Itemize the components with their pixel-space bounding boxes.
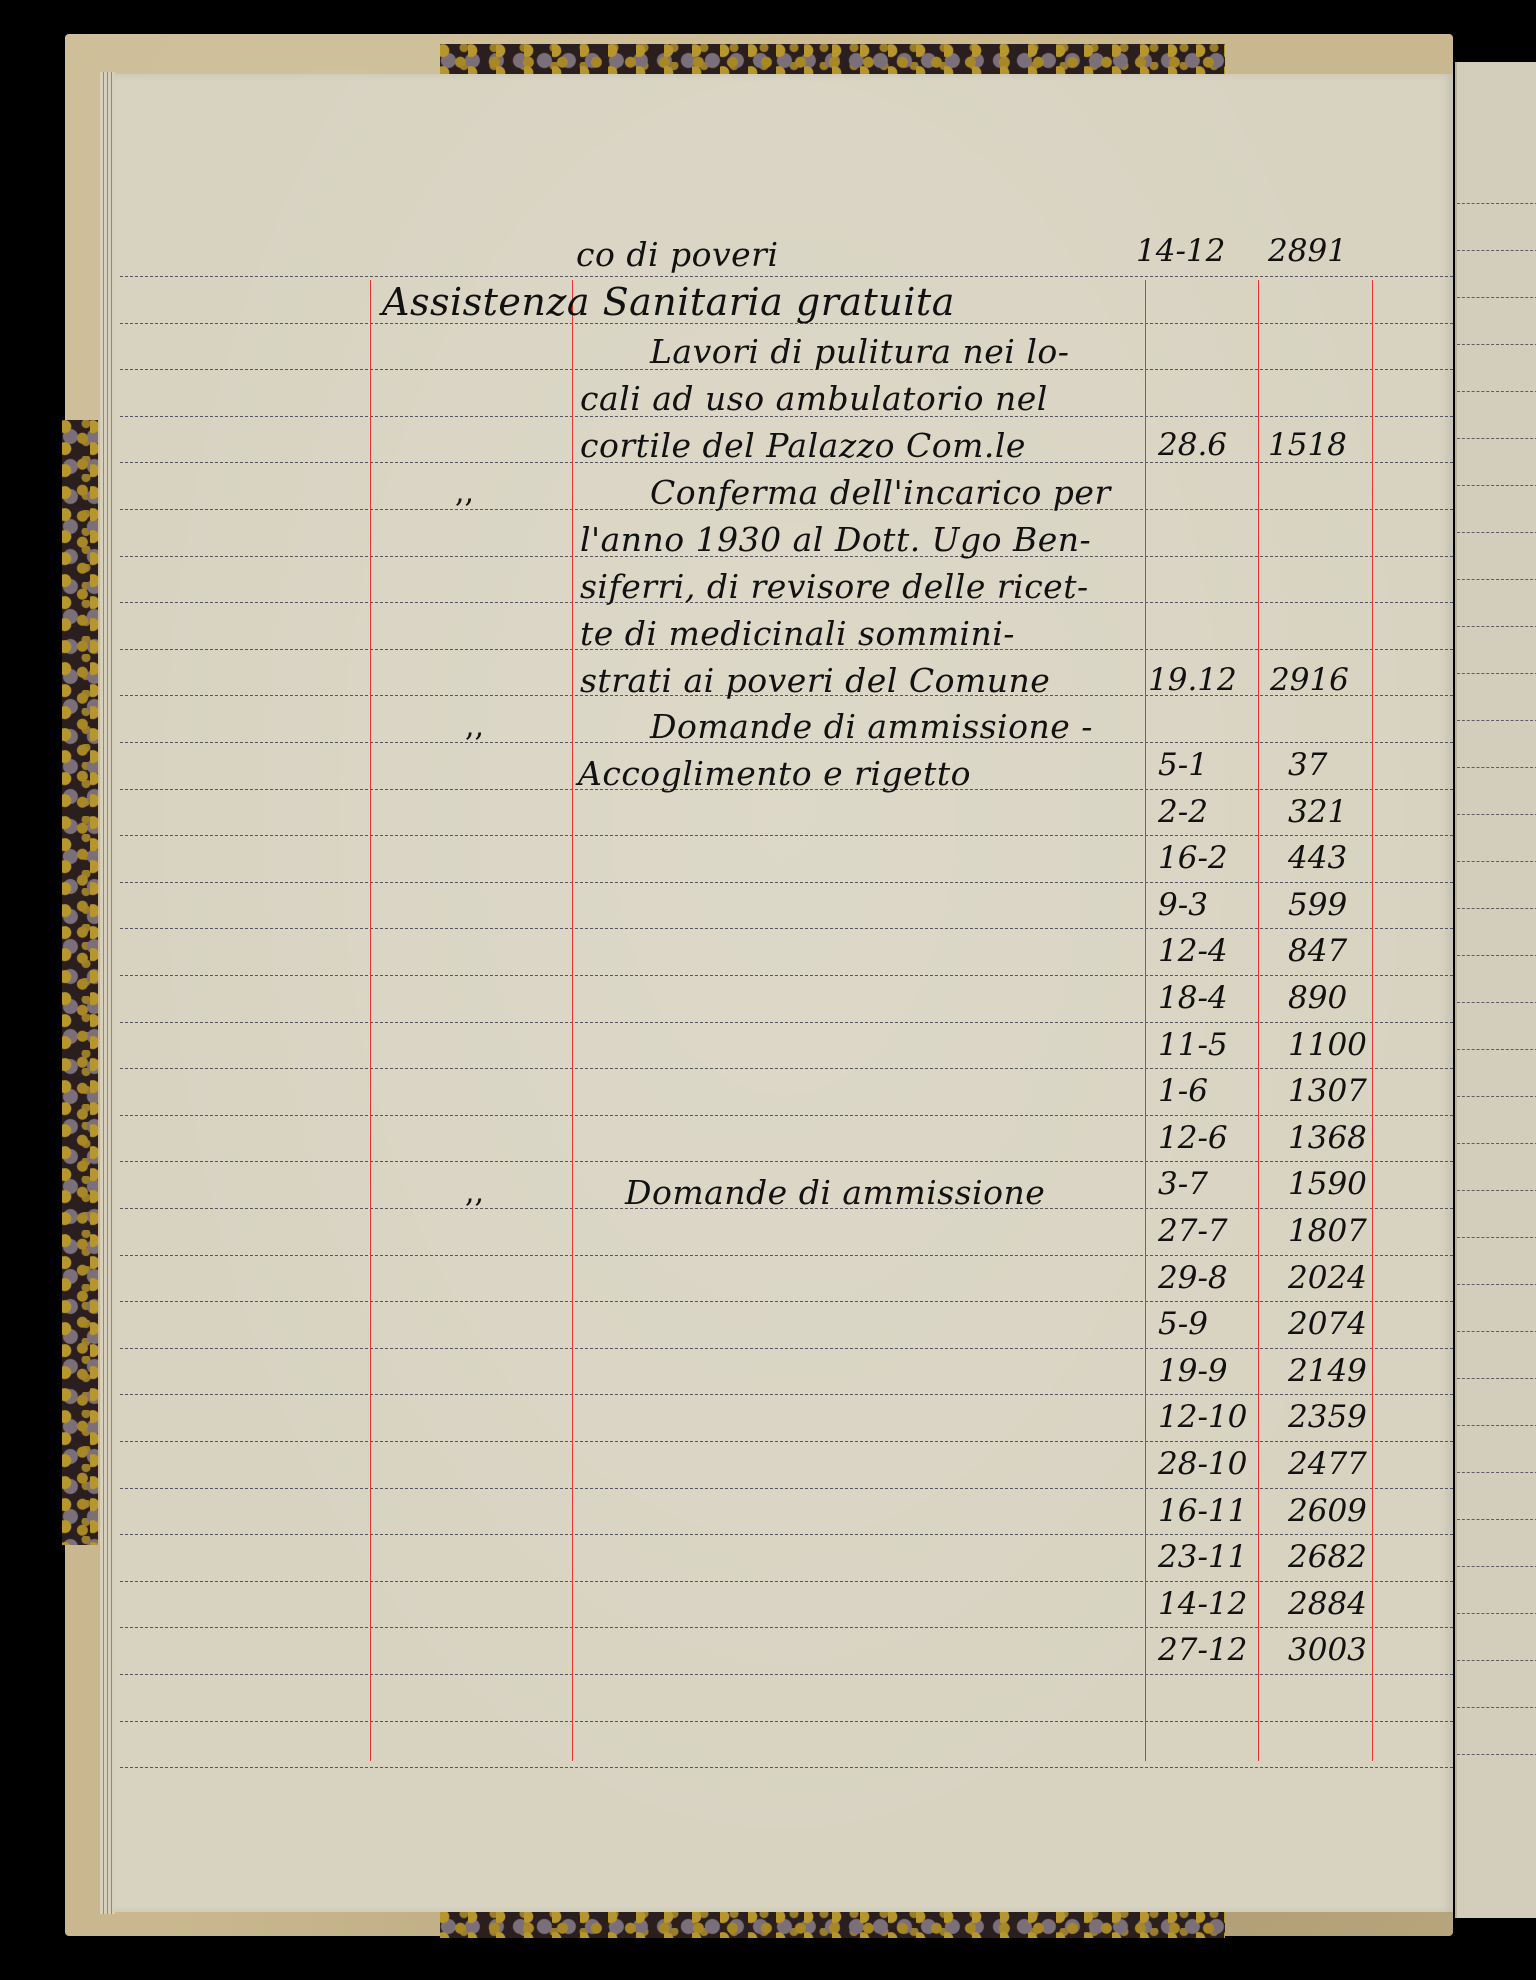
entry-number: 599 [1288,890,1347,921]
ruled-line [120,1674,1453,1675]
entry-number: 321 [1288,797,1347,828]
entry-date: 9-3 [1158,890,1208,921]
ruled-line [120,928,1453,929]
red-rule-number-col [1258,280,1259,1761]
ruled-line [120,882,1453,883]
entry-date: 18-4 [1158,983,1228,1014]
entry-number: 2477 [1288,1449,1367,1480]
ruled-line [1457,1660,1536,1661]
ruled-line [120,1767,1453,1768]
entry-line: cortile del Palazzo Com.le [580,429,1026,462]
ruled-line [120,1301,1453,1302]
entry-line: l'anno 1930 al Dott. Ugo Ben- [580,523,1091,556]
ditto-mark: ,, [465,712,484,742]
red-rule-right [1372,280,1373,1761]
entry-number: 2884 [1288,1589,1367,1620]
ruled-line [1457,1002,1536,1003]
entry-number: 2149 [1288,1356,1367,1387]
entry-line: strati ai poveri del Comune [580,664,1050,697]
ruled-line [1457,1472,1536,1473]
entry-line: Conferma dell'incarico per [650,476,1111,509]
entry-date: 3-7 [1158,1169,1208,1200]
ruled-line [1457,579,1536,580]
ruled-line [1457,1284,1536,1285]
entry-line: siferri, di revisore delle ricet- [580,570,1089,603]
entry-date: 27-12 [1158,1635,1247,1666]
ruled-line [1457,861,1536,862]
entry-date: 12-10 [1158,1402,1247,1433]
entry-date: 14-12 [1158,1589,1247,1620]
entry-line: Accoglimento e rigetto [578,757,971,790]
ruled-line [1457,344,1536,345]
entry-date: 2-2 [1158,797,1208,828]
ruled-line [1457,485,1536,486]
ditto-mark: ,, [455,478,474,508]
ruled-line [1457,720,1536,721]
entry-date: 19-9 [1158,1356,1228,1387]
entry-number: 1307 [1288,1076,1367,1107]
entry-date: 29-8 [1158,1263,1228,1294]
ruled-line [1457,1425,1536,1426]
ruled-line [1457,908,1536,909]
ruled-line [120,1022,1453,1023]
ruled-line [1457,532,1536,533]
entry-number: 847 [1288,936,1347,967]
entry-date: 16-2 [1158,843,1228,874]
entry-number: 2074 [1288,1309,1367,1340]
carryover-date: 14-12 [1136,236,1225,267]
entry-number: 3003 [1288,1635,1367,1666]
entry-line: te di medicinali sommini- [580,617,1015,650]
adjacent-page [1455,62,1536,1918]
ruled-line [1457,1613,1536,1614]
ruled-line [1457,391,1536,392]
ruled-line [1457,1331,1536,1332]
red-rule-col-1 [370,280,371,1761]
ruled-line [120,1488,1453,1489]
ruled-line [1457,1190,1536,1191]
ruled-line [120,1115,1453,1116]
entry-number: 443 [1288,843,1347,874]
marbled-cover-bottom [440,1910,1225,1938]
ruled-line [120,1534,1453,1535]
entry-number: 1807 [1288,1216,1367,1247]
marbled-cover-top [440,44,1225,78]
ruled-line [1457,626,1536,627]
ruled-line [1457,203,1536,204]
ruled-line [120,1721,1453,1722]
ruled-line [1457,1519,1536,1520]
entry-number: 1368 [1288,1123,1367,1154]
entry-number: 2682 [1288,1542,1367,1573]
ruled-line [120,1581,1453,1582]
ditto-mark: ,, [465,1178,484,1208]
ruled-line [120,1255,1453,1256]
entry-line: Domande di ammissione - [650,710,1093,743]
carryover-text: co di poveri [576,238,779,271]
entry-number: 1518 [1268,430,1347,461]
ruled-line [120,276,1453,277]
entry-number: 2024 [1288,1263,1367,1294]
red-rule-col-2 [572,280,573,1761]
carryover-number: 2891 [1268,236,1347,267]
entry-date: 23-11 [1158,1542,1247,1573]
ruled-line [1457,673,1536,674]
entry-number: 2609 [1288,1496,1367,1527]
ruled-line [120,1394,1453,1395]
ruled-line [1457,1096,1536,1097]
section-heading: Assistenza Sanitaria gratuita [382,283,955,321]
ruled-line [120,1161,1453,1162]
ruled-line [120,975,1453,976]
ruled-line [1457,297,1536,298]
entry-date: 11-5 [1158,1030,1228,1061]
entry-date: 5-1 [1158,750,1208,781]
entry-date: 12-4 [1158,936,1228,967]
entry-date: 28-10 [1158,1449,1247,1480]
ruled-line [1457,1566,1536,1567]
entry-line: Lavori di pulitura nei lo- [650,335,1069,368]
ruled-line [1457,814,1536,815]
ruled-line [1457,955,1536,956]
entry-date: 12-6 [1158,1123,1228,1154]
entry-date: 5-9 [1158,1309,1208,1340]
ruled-line [1457,250,1536,251]
entry-number: 890 [1288,983,1347,1014]
ruled-line [1457,767,1536,768]
ruled-line [1457,1707,1536,1708]
entry-number: 2359 [1288,1402,1367,1433]
entry-date: 27-7 [1158,1216,1228,1247]
ruled-line [1457,438,1536,439]
ruled-line [120,1627,1453,1628]
ruled-line [1457,1143,1536,1144]
entry-date: 16-11 [1158,1496,1247,1527]
ruled-line [120,1441,1453,1442]
ruled-line [120,835,1453,836]
entry-line: Domande di ammissione [625,1176,1045,1209]
marbled-cover-left [62,420,98,1545]
entry-number: 37 [1288,750,1327,781]
entry-number: 2916 [1270,665,1349,696]
entry-date: 19.12 [1148,665,1237,696]
red-rule-date-col [1145,280,1146,1761]
ruled-line [1457,1237,1536,1238]
ruled-line [120,1348,1453,1349]
ruled-line [1457,1754,1536,1755]
ruled-line [1457,1378,1536,1379]
ruled-line [1457,1049,1536,1050]
ruled-line [120,1068,1453,1069]
entry-date: 1-6 [1158,1076,1208,1107]
entry-line: cali ad uso ambulatorio nel [580,382,1048,415]
entry-number: 1590 [1288,1169,1367,1200]
entry-number: 1100 [1288,1030,1367,1061]
entry-date: 28.6 [1158,430,1227,461]
